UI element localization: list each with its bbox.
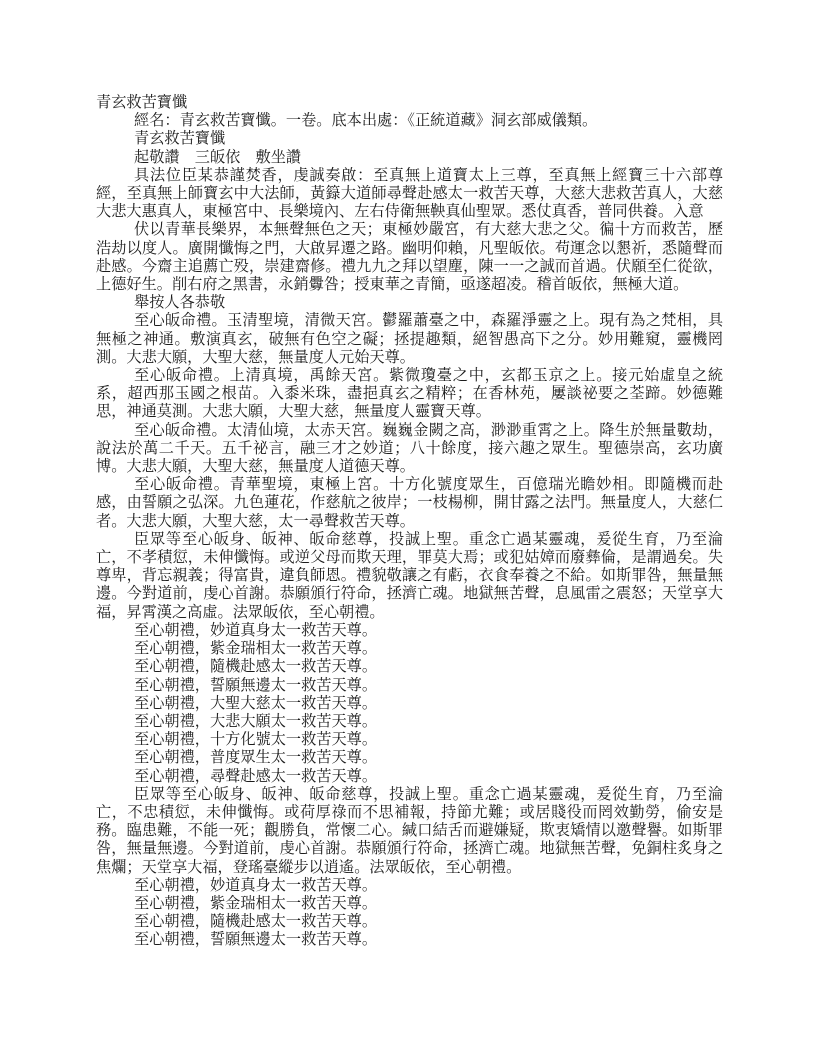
text-line: 至心朝禮，妙道真身太一救苦天尊。 — [96, 622, 723, 640]
text-line: 至心朝禮，隨機赴感太一救苦天尊。 — [96, 658, 723, 676]
text-line: 至心朝禮，大聖大慈太一救苦天尊。 — [96, 695, 723, 713]
text-line: 至心皈命禮。玉清聖境，清微天宮。鬱羅蕭臺之中，森羅淨靈之上。現有為之梵相，具無極… — [96, 312, 723, 367]
text-line: 至心朝禮，普度眾生太一救苦天尊。 — [96, 749, 723, 767]
text-line: 至心朝禮，大悲大願太一救苦天尊。 — [96, 713, 723, 731]
text-line: 至心皈命禮。上清真境，禹餘天宮。紫微瓊臺之中，玄都玉京之上。接元始虛皇之統系，超… — [96, 367, 723, 422]
text-line: 臣眾等至心皈身、皈神、皈命慈尊，投誠上聖。重念亡過某靈魂，爰從生育，乃至淪亡，不… — [96, 786, 723, 877]
text-line: 至心朝禮，紫金瑞相太一救苦天尊。 — [96, 895, 723, 913]
text-line: 伏以青華長樂界，本無聲無色之天；東極妙嚴宮，有大慈大悲之父。徧十方而救苦，歷浩劫… — [96, 221, 723, 294]
document-page: 青玄救苦寶懺經名：青玄救苦寶懺。一卷。底本出處：《正統道藏》洞玄部威儀類。青玄救… — [0, 0, 816, 1056]
text-line: 經名：青玄救苦寶懺。一卷。底本出處：《正統道藏》洞玄部威儀類。 — [96, 112, 723, 130]
text-line: 舉按人各恭敬 — [96, 294, 723, 312]
scripture-text-block: 青玄救苦寶懺經名：青玄救苦寶懺。一卷。底本出處：《正統道藏》洞玄部威儀類。青玄救… — [96, 94, 723, 950]
text-line: 至心皈命禮。太清仙境，太赤天宮。巍巍金闕之高，渺渺重霄之上。降生於無量數劫，說法… — [96, 422, 723, 477]
text-line: 至心朝禮，隨機赴感太一救苦天尊。 — [96, 913, 723, 931]
text-line: 至心朝禮，誓願無邊太一救苦天尊。 — [96, 677, 723, 695]
text-line: 臣眾等至心皈身、皈神、皈命慈尊，投誠上聖。重念亡過某靈魂，爰從生育，乃至淪亡，不… — [96, 531, 723, 622]
text-line: 至心朝禮，紫金瑞相太一救苦天尊。 — [96, 640, 723, 658]
text-line: 具法位臣某恭謹焚香，虔誠奏啟：至真無上道寶太上三尊，至真無上經寶三十六部尊經，至… — [96, 167, 723, 222]
text-line: 至心朝禮，妙道真身太一救苦天尊。 — [96, 877, 723, 895]
document-title-line: 青玄救苦寶懺 — [96, 94, 723, 112]
text-line: 至心朝禮，誓願無邊太一救苦天尊。 — [96, 931, 723, 949]
text-line: 起敬讚 三皈依 敷坐讚 — [96, 149, 723, 167]
text-line: 至心皈命禮。青華聖境，東極上宮。十方化號度眾生，百億瑞光瞻妙相。即隨機而赴感，由… — [96, 476, 723, 531]
text-line: 至心朝禮，尋聲赴感太一救苦天尊。 — [96, 768, 723, 786]
text-line: 至心朝禮，十方化號太一救苦天尊。 — [96, 731, 723, 749]
text-line: 青玄救苦寶懺 — [96, 130, 723, 148]
